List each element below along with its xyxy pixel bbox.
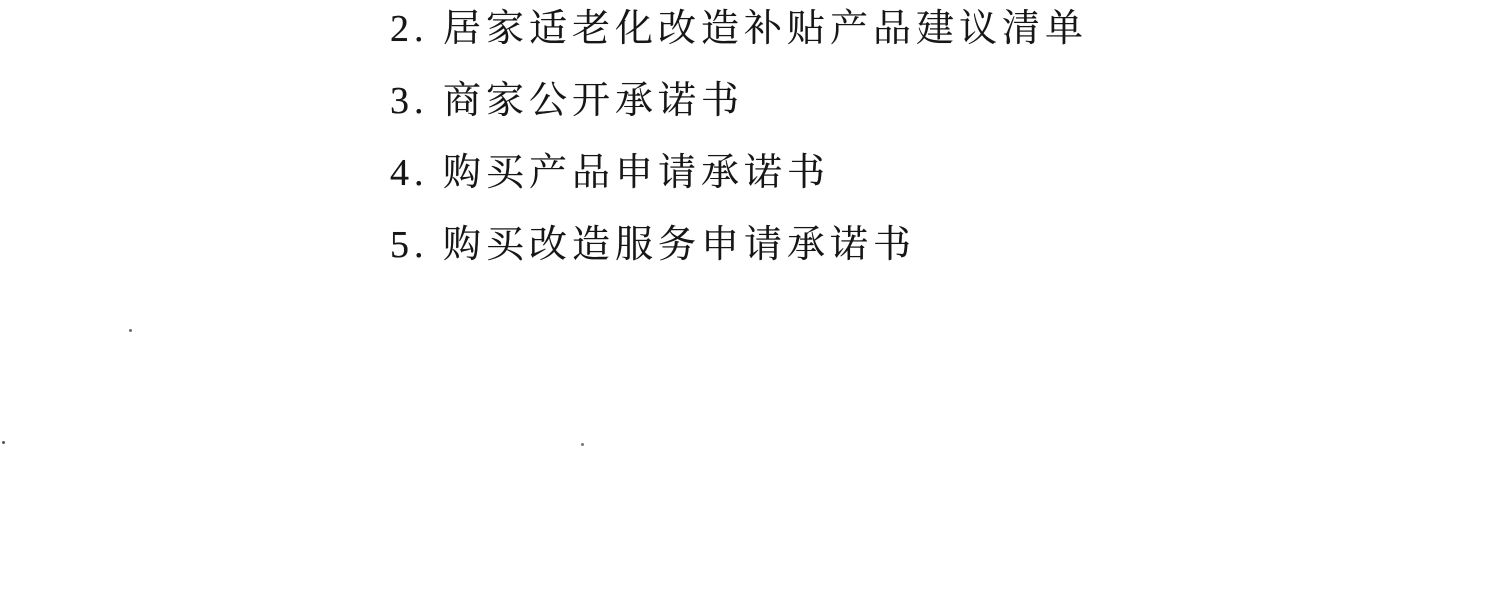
scanned-document-page: 2. 居家适老化改造补贴产品建议清单 3. 商家公开承诺书 4. 购买产品申请承… xyxy=(0,0,1490,589)
scan-speck xyxy=(581,443,584,446)
scan-speck xyxy=(2,441,5,444)
list-item-4: 4. 购买产品申请承诺书 xyxy=(390,150,830,196)
list-item-3: 3. 商家公开承诺书 xyxy=(390,78,744,124)
scan-speck xyxy=(129,329,132,332)
list-item-5: 5. 购买改造服务申请承诺书 xyxy=(390,222,916,268)
list-item-2: 2. 居家适老化改造补贴产品建议清单 xyxy=(390,6,1088,52)
